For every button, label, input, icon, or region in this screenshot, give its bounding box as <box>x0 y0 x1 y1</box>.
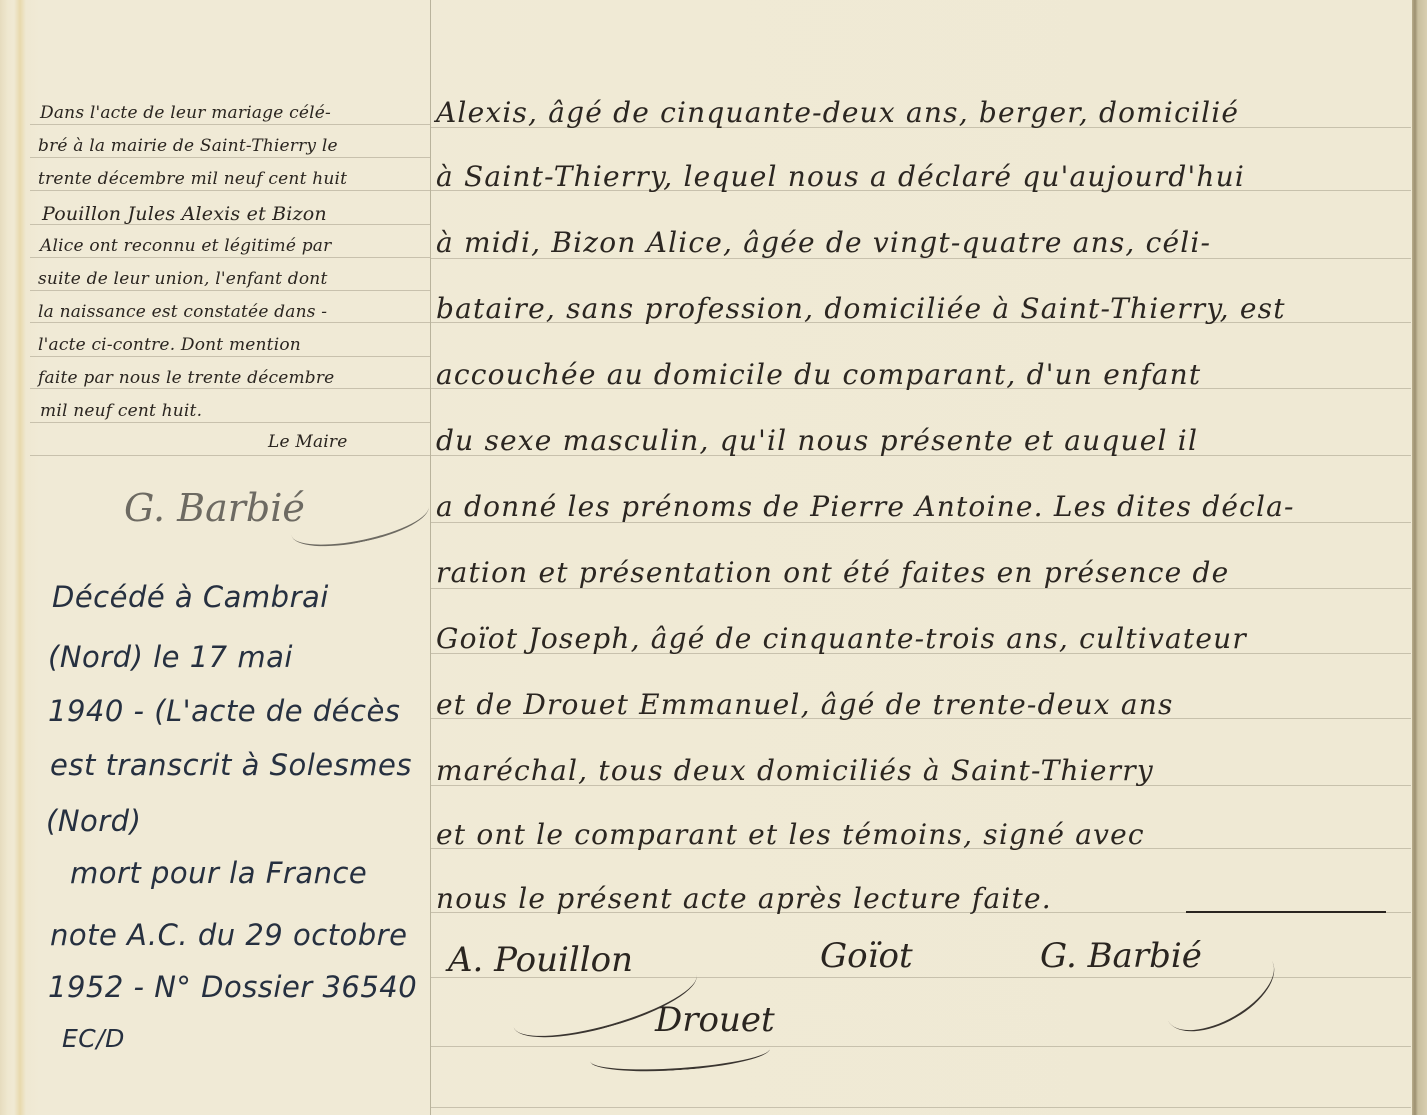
ruled-line <box>30 124 430 125</box>
register-page: Dans l'acte de leur mariage célé- bré à … <box>0 0 1427 1115</box>
ruled-line <box>431 1107 1411 1108</box>
margin-note-line: Pouillon Jules Alexis et Bizon <box>42 203 327 225</box>
ruled-line <box>30 388 430 389</box>
ruled-line <box>30 322 430 323</box>
ruled-line <box>30 257 430 258</box>
act-line: et ont le comparant et les témoins, sign… <box>436 818 1145 851</box>
margin-note-line: suite de leur union, l'enfant dont <box>38 269 327 289</box>
book-binding-edge <box>1412 0 1427 1115</box>
margin-note-line: mil neuf cent huit. <box>40 401 202 421</box>
margin-note-line: bré à la mairie de Saint-Thierry le <box>38 136 338 156</box>
act-line: accouchée au domicile du comparant, d'un… <box>436 358 1201 391</box>
act-line: a donné les prénoms de Pierre Antoine. L… <box>436 490 1295 523</box>
death-annotation-line: 1940 - (L'acte de décès <box>48 694 400 728</box>
signature-flourish <box>287 486 433 556</box>
mayor-signature-margin: G. Barbié <box>124 486 305 530</box>
ruled-line <box>431 1046 1411 1047</box>
ruled-line <box>30 455 430 456</box>
act-line: Goïot Joseph, âgé de cinquante-trois ans… <box>436 622 1247 655</box>
margin-note-line: Alice ont reconnu et légitimé par <box>40 236 331 256</box>
act-line: Alexis, âgé de cinquante-deux ans, berge… <box>436 96 1239 129</box>
death-annotation-line: note A.C. du 29 octobre <box>50 918 407 952</box>
act-line: nous le présent acte après lecture faite… <box>436 882 1052 915</box>
ruled-line <box>30 290 430 291</box>
act-line: du sexe masculin, qu'il nous présente et… <box>436 424 1198 457</box>
ruled-line <box>30 190 430 191</box>
act-line: à midi, Bizon Alice, âgée de vingt-quatr… <box>436 226 1211 259</box>
death-annotation-line: 1952 - N° Dossier 36540 <box>48 970 417 1004</box>
signature-flourish <box>589 1034 771 1076</box>
signature-witness-drouet: Drouet <box>655 1000 775 1040</box>
margin-note-line: trente décembre mil neuf cent huit <box>38 169 347 189</box>
death-annotation-line: EC/D <box>62 1024 125 1053</box>
signature-witness-goiot: Goïot <box>820 936 913 976</box>
margin-note-line: Dans l'acte de leur mariage célé- <box>40 103 331 123</box>
margin-rule <box>430 0 431 1115</box>
death-annotation-line: (Nord) <box>46 804 141 838</box>
act-line: maréchal, tous deux domiciliés à Saint-T… <box>436 754 1154 787</box>
margin-note-line: la naissance est constatée dans - <box>38 302 327 322</box>
mayor-title: Le Maire <box>268 432 348 452</box>
ruled-line <box>30 422 430 423</box>
act-line: à Saint-Thierry, lequel nous a déclaré q… <box>436 160 1245 193</box>
death-annotation-line: Décédé à Cambrai <box>52 580 329 614</box>
ruled-line <box>30 157 430 158</box>
signature-officer: G. Barbié <box>1040 936 1202 976</box>
ruled-line <box>30 356 430 357</box>
end-of-text-dash <box>1186 911 1386 913</box>
death-annotation-line: mort pour la France <box>70 856 367 890</box>
act-line: bataire, sans profession, domiciliée à S… <box>436 292 1286 325</box>
death-annotation-line: (Nord) le 17 mai <box>48 640 293 674</box>
act-line: ration et présentation ont été faites en… <box>436 556 1229 589</box>
margin-note-line: l'acte ci-contre. Dont mention <box>38 335 301 355</box>
margin-note-line: faite par nous le trente décembre <box>38 368 334 388</box>
death-annotation-line: est transcrit à Solesmes <box>50 748 412 782</box>
act-line: et de Drouet Emmanuel, âgé de trente-deu… <box>436 688 1174 721</box>
